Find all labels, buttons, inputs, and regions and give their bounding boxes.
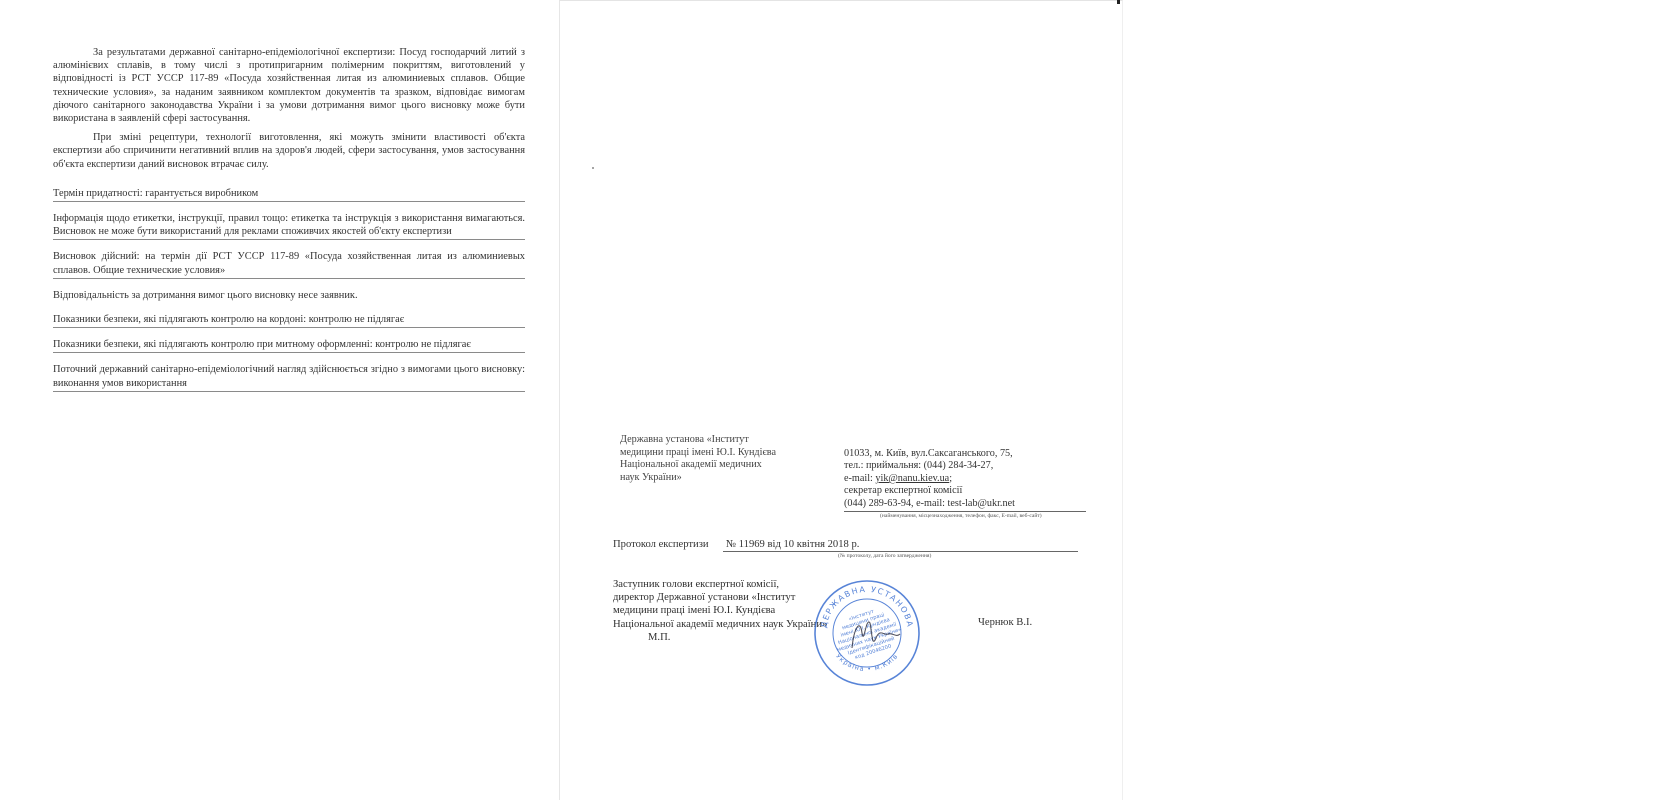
protocol-caption: (№ протоколу, дата його затвердження): [838, 553, 1083, 560]
protocol-label: Протокол експертизи: [613, 538, 723, 551]
field-supervision: Поточний державний санітарно-епідеміолог…: [53, 363, 525, 391]
institution-address: 01033, м. Київ, вул.Саксаганського, 75, …: [844, 448, 1086, 520]
field-responsibility: Відповідальність за дотримання вимог цьо…: [53, 289, 525, 303]
field-border-control: Показники безпеки, які підлягають контро…: [53, 313, 525, 328]
paragraph-conclusion: За результатами державної санітарно-епід…: [53, 46, 525, 125]
paragraph-validity-conditions: При зміні рецептури, технології виготовл…: [53, 131, 525, 171]
secretary-contact-line: (044) 289-63-94, e-mail: test-lab@ukr.ne…: [844, 498, 1086, 512]
scan-corner-mark: [1117, 0, 1120, 4]
field-customs-control: Показники безпеки, які підлягають контро…: [53, 338, 525, 353]
address-caption: (найменування, місцезнаходження, телефон…: [844, 513, 1086, 520]
protocol-section: Протокол експертизи№ 11969 від 10 квітня…: [613, 538, 1083, 560]
secretary-line: секретар експертної комісії: [844, 485, 1086, 497]
email-link[interactable]: yik@nanu.kiev.ua: [875, 473, 949, 484]
institution-line: Державна установа «Інститут: [620, 434, 810, 447]
institution-line: медицини праці імені Ю.І. Кундієва: [620, 447, 810, 460]
protocol-value: № 11969 від 10 квітня 2018 р.: [723, 538, 1078, 552]
field-shelf-life: Термін придатності: гарантується виробни…: [53, 187, 525, 202]
document-body: За результатами державної санітарно-епід…: [53, 46, 525, 392]
field-label-info: Інформація щодо етикетки, інструкції, пр…: [53, 212, 525, 240]
email-line: e-mail: yik@nanu.kiev.ua;: [844, 473, 1086, 485]
phone-line: тел.: приймальня: (044) 284-34-27,: [844, 460, 1086, 472]
scan-speck: [592, 167, 594, 169]
official-stamp-icon: ДЕРЖАВНА УСТАНОВА Україна • м.Київ «Інст…: [812, 578, 922, 688]
signer-name: Чернюк В.І.: [978, 617, 1032, 628]
institution-line: наук України»: [620, 472, 810, 485]
address-line: 01033, м. Київ, вул.Саксаганського, 75,: [844, 448, 1086, 460]
institution-name: Державна установа «Інститут медицини пра…: [620, 434, 810, 484]
institution-line: Національної академії медичних: [620, 459, 810, 472]
field-valid-term: Висновок дійсний: на термін дії РСТ УССР…: [53, 250, 525, 278]
